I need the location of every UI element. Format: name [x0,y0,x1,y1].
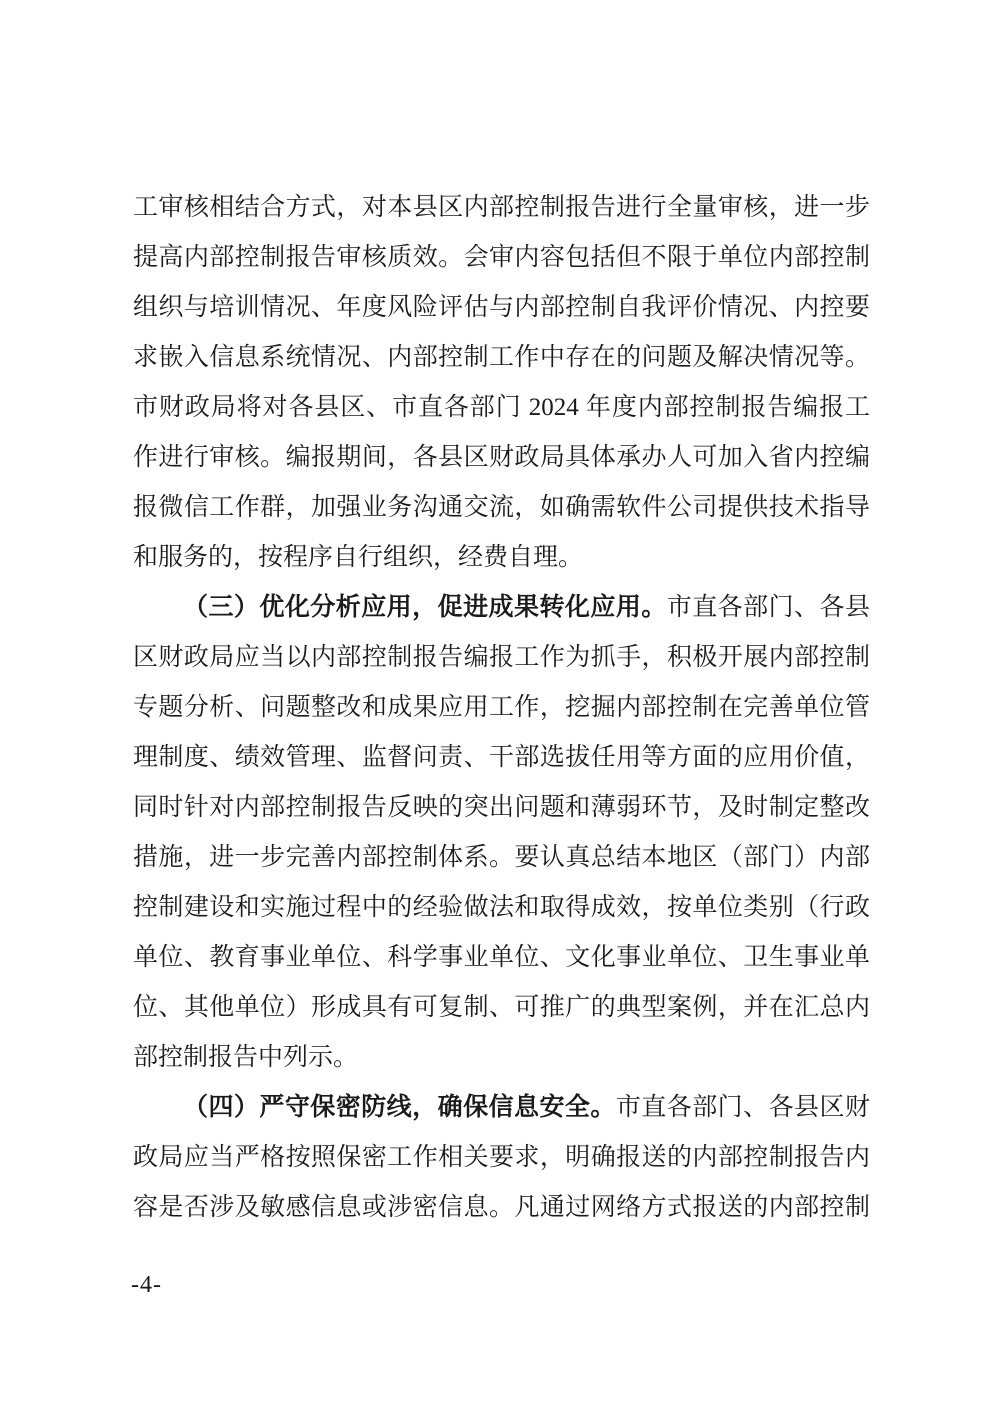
text-line: 和服务的，按程序自行组织，经费自理。 [133,533,870,583]
text-line: 单位、教育事业单位、科学事业单位、文化事业单位、卫生事业单 [133,933,870,983]
text-line: 理制度、绩效管理、监督问责、干部选拔任用等方面的应用价值， [133,733,870,783]
text-line: 政局应当严格按照保密工作相关要求，明确报送的内部控制报告内 [133,1133,870,1183]
line-text: 理制度、绩效管理、监督问责、干部选拔任用等方面的应用价值， [133,744,870,771]
line-text: 区财政局应当以内部控制报告编报工作为抓手，积极开展内部控制 [133,644,870,671]
line-text: 部控制报告中列示。 [133,1044,358,1071]
document-body: 工审核相结合方式，对本县区内部控制报告进行全量审核，进一步提高内部控制报告审核质… [133,183,870,1233]
text-line: 作进行审核。编报期间，各县区财政局具体承办人可加入省内控编 [133,433,870,483]
line-text: 组织与培训情况、年度风险评估与内部控制自我评价情况、内控要 [133,294,870,321]
line-text: 控制建设和实施过程中的经验做法和取得成效，按单位类别（行政 [133,894,870,921]
line-text: 市财政局将对各县区、市直各部门 2024 年度内部控制报告编报工 [133,394,870,421]
text-line: 控制建设和实施过程中的经验做法和取得成效，按单位类别（行政 [133,883,870,933]
text-line: 组织与培训情况、年度风险评估与内部控制自我评价情况、内控要 [133,283,870,333]
line-text: 政局应当严格按照保密工作相关要求，明确报送的内部控制报告内 [133,1144,870,1171]
text-line: 报微信工作群，加强业务沟通交流，如确需软件公司提供技术指导 [133,483,870,533]
text-line: 同时针对内部控制报告反映的突出问题和薄弱环节，及时制定整改 [133,783,870,833]
page-number: -4- [131,1270,162,1300]
text-line: 专题分析、问题整改和成果应用工作，挖掘内部控制在完善单位管 [133,683,870,733]
text-line: （三）优化分析应用，促进成果转化应用。市直各部门、各县 [133,583,870,633]
text-line: 位、其他单位）形成具有可复制、可推广的典型案例，并在汇总内 [133,983,870,1033]
line-text: 专题分析、问题整改和成果应用工作，挖掘内部控制在完善单位管 [133,694,870,721]
line-text: 单位、教育事业单位、科学事业单位、文化事业单位、卫生事业单 [133,944,870,971]
text-line: 工审核相结合方式，对本县区内部控制报告进行全量审核，进一步 [133,183,870,233]
line-text: 求嵌入信息系统情况、内部控制工作中存在的问题及解决情况等。 [133,344,870,371]
paragraph-heading: （四）严守保密防线，确保信息安全。 [183,1094,616,1121]
line-text: 和服务的，按程序自行组织，经费自理。 [133,544,583,571]
text-line: 市财政局将对各县区、市直各部门 2024 年度内部控制报告编报工 [133,383,870,433]
text-line: （四）严守保密防线，确保信息安全。市直各部门、各县区财 [133,1083,870,1133]
line-text: 工审核相结合方式，对本县区内部控制报告进行全量审核，进一步 [133,194,870,221]
text-line: 部控制报告中列示。 [133,1033,870,1083]
document-page: 工审核相结合方式，对本县区内部控制报告进行全量审核，进一步提高内部控制报告审核质… [0,0,992,1403]
line-text: 提高内部控制报告审核质效。会审内容包括但不限于单位内部控制 [133,244,870,271]
line-text: 市直各部门、各县 [667,594,870,621]
line-text: 作进行审核。编报期间，各县区财政局具体承办人可加入省内控编 [133,444,870,471]
line-text: 措施，进一步完善内部控制体系。要认真总结本地区（部门）内部 [133,844,870,871]
line-text: 报微信工作群，加强业务沟通交流，如确需软件公司提供技术指导 [133,494,870,521]
text-line: 提高内部控制报告审核质效。会审内容包括但不限于单位内部控制 [133,233,870,283]
text-line: 措施，进一步完善内部控制体系。要认真总结本地区（部门）内部 [133,833,870,883]
text-line: 容是否涉及敏感信息或涉密信息。凡通过网络方式报送的内部控制 [133,1183,870,1233]
text-line: 求嵌入信息系统情况、内部控制工作中存在的问题及解决情况等。 [133,333,870,383]
line-text: 市直各部门、各县区财 [616,1094,870,1121]
text-line: 区财政局应当以内部控制报告编报工作为抓手，积极开展内部控制 [133,633,870,683]
paragraph-heading: （三）优化分析应用，促进成果转化应用。 [183,594,667,621]
line-text: 容是否涉及敏感信息或涉密信息。凡通过网络方式报送的内部控制 [133,1194,870,1221]
line-text: 位、其他单位）形成具有可复制、可推广的典型案例，并在汇总内 [133,994,870,1021]
line-text: 同时针对内部控制报告反映的突出问题和薄弱环节，及时制定整改 [133,794,870,821]
